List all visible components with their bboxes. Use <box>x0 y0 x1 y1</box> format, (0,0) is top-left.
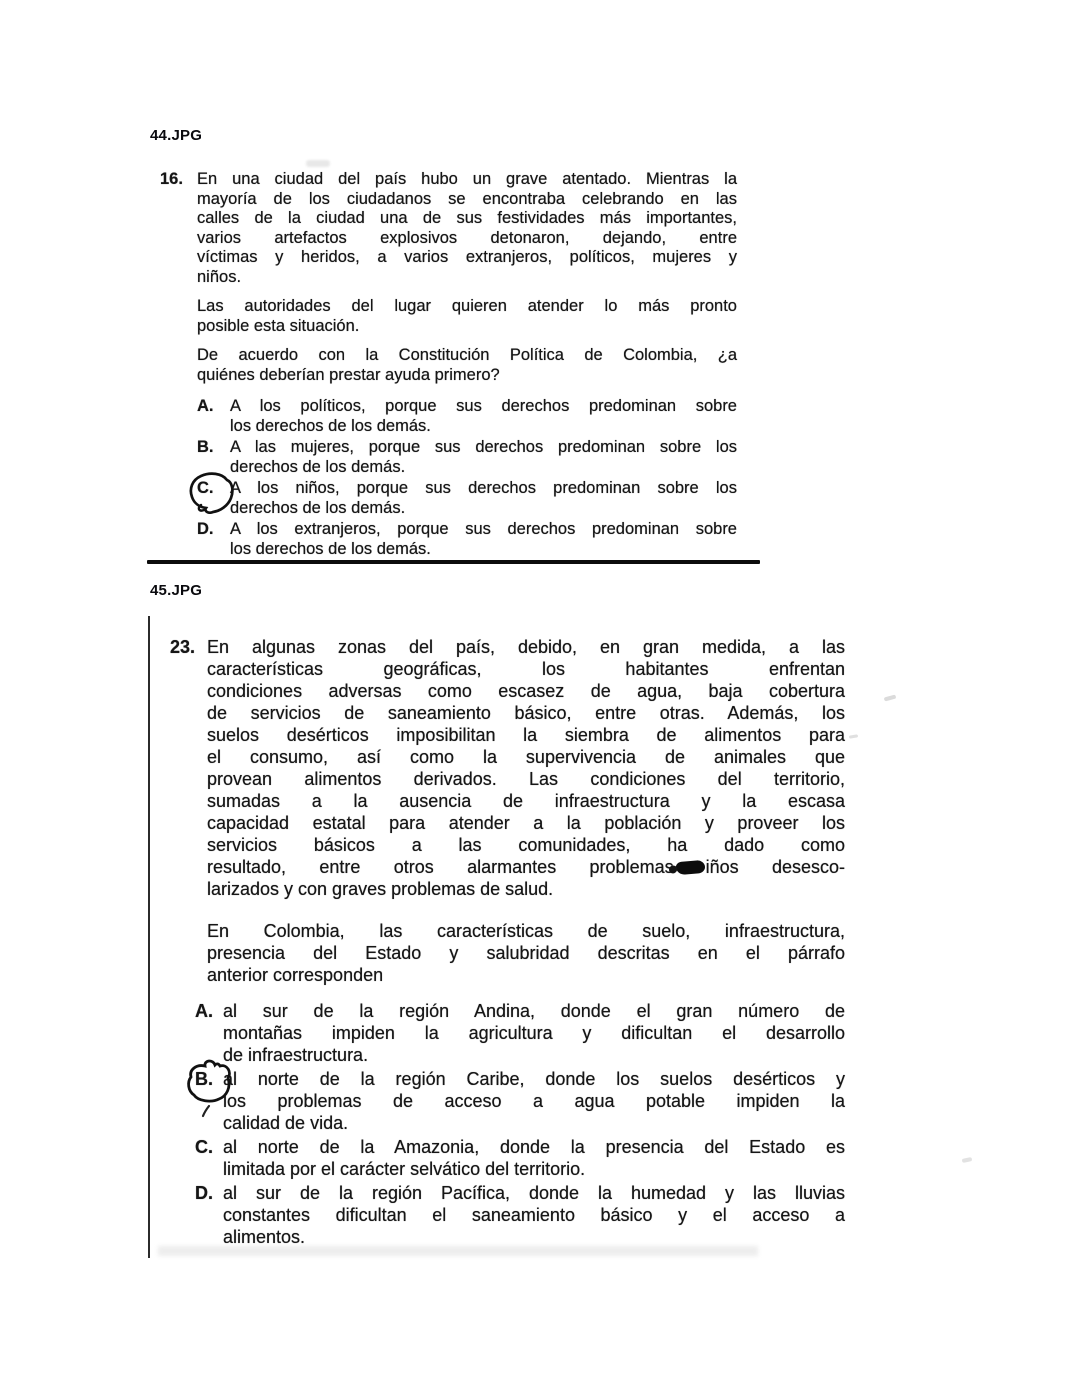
option-row-c: C. A los niños, porque sus derechos pred… <box>197 479 737 518</box>
question-23-body: En algunas zonas del país, debido, en gr… <box>207 636 848 1250</box>
text-line: los problemas de acceso a agua potable i… <box>223 1090 845 1112</box>
option-letter-b: B. <box>195 1068 223 1134</box>
question-16-row: 16. En una ciudad del país hubo un grave… <box>147 170 760 561</box>
text-line: suelos desérticos imposibilitan la siemb… <box>207 724 845 746</box>
text-line: posible esta situación. <box>197 317 737 337</box>
text-line: el consumo, así como la supervivencia de… <box>207 746 845 768</box>
option-letter-c-text: C. <box>197 479 214 497</box>
text-line: los derechos de los demás. <box>230 540 737 560</box>
text-line: características geográficas, los habitan… <box>207 658 845 680</box>
option-text-c: al norte de la Amazonia, donde la presen… <box>223 1136 845 1180</box>
option-text-c: A los niños, porque sus derechos predomi… <box>230 479 737 518</box>
scan-artifact <box>306 160 330 167</box>
text-line: sumadas a la ausencia de infraestructura… <box>207 790 845 812</box>
option-row-b: B. al norte de la región Caribe, donde l… <box>195 1068 845 1134</box>
option-text-d: A los extranjeros, porque sus derechos p… <box>230 520 737 559</box>
text-line: niños. <box>197 268 737 288</box>
text-line: capacidad estatal para atender a la pobl… <box>207 812 845 834</box>
text-line: resultado, entre otros alarmantes proble… <box>207 856 845 878</box>
option-text-b: al norte de la región Caribe, donde los … <box>223 1068 845 1134</box>
text-line: De acuerdo con la Constitución Política … <box>197 346 737 366</box>
scan-artifact <box>962 1157 973 1163</box>
question-23-row: 23. En algunas zonas del país, debido, e… <box>150 636 848 1250</box>
text-line: A los extranjeros, porque sus derechos p… <box>230 520 737 540</box>
text-line: En algunas zonas del país, debido, en gr… <box>207 636 845 658</box>
option-text-d: al sur de la región Pacífica, donde la h… <box>223 1182 845 1248</box>
text-line: larizados y con graves problemas de salu… <box>207 878 845 900</box>
option-row-d: D. A los extranjeros, porque sus derecho… <box>197 520 737 559</box>
text-line: calidad de vida. <box>223 1112 845 1134</box>
text-line: A las mujeres, porque sus derechos predo… <box>230 438 737 458</box>
scan-artifact <box>849 734 858 739</box>
question-16-paragraph-3: De acuerdo con la Constitución Política … <box>197 346 737 385</box>
text-line: de servicios de saneamiento básico, entr… <box>207 702 845 724</box>
text-line: víctimas y heridos, a varios extranjeros… <box>197 248 737 268</box>
option-row-d: D. al sur de la región Pacífica, donde l… <box>195 1182 845 1248</box>
text-line: al sur de la región Andina, donde el gra… <box>223 1000 845 1022</box>
scanned-question-23: 23. En algunas zonas del país, debido, e… <box>148 616 848 1258</box>
text-line: montañas impiden la agricultura y dificu… <box>223 1022 845 1044</box>
text-line: derechos de los demás. <box>230 458 737 478</box>
scan-artifact <box>884 695 897 702</box>
option-letter-c: C. <box>197 479 230 518</box>
question-23-paragraph-2: En Colombia, las características de suel… <box>207 920 845 986</box>
text-line: limitada por el carácter selvático del t… <box>223 1158 845 1180</box>
text-line: al sur de la región Pacífica, donde la h… <box>223 1182 845 1204</box>
question-16-paragraph-2: Las autoridades del lugar quieren atende… <box>197 297 737 336</box>
option-row-a: A. A los políticos, porque sus derechos … <box>197 397 737 436</box>
text-line: condiciones adversas como escasez de agu… <box>207 680 845 702</box>
text-line: mayoría de los ciudadanos se encontraba … <box>197 190 737 210</box>
text-line: derechos de los demás. <box>230 499 737 519</box>
text-line: constantes dificultan el saneamiento bás… <box>223 1204 845 1226</box>
option-letter-a: A. <box>195 1000 223 1066</box>
option-text-a: al sur de la región Andina, donde el gra… <box>223 1000 845 1066</box>
text-line: al norte de la región Caribe, donde los … <box>223 1068 845 1090</box>
text-line: Las autoridades del lugar quieren atende… <box>197 297 737 317</box>
text-line: anterior corresponden <box>207 964 845 986</box>
text-line: provean alimentos derivados. Las condici… <box>207 768 845 790</box>
question-16-number: 16. <box>147 170 197 561</box>
scanned-question-16: 16. En una ciudad del país hubo un grave… <box>147 170 760 561</box>
question-16-body: En una ciudad del país hubo un grave ate… <box>197 170 760 561</box>
option-letter-b-text: B. <box>195 1069 213 1089</box>
text-line: calles de la ciudad una de sus festivida… <box>197 209 737 229</box>
option-row-c: C. al norte de la Amazonia, donde la pre… <box>195 1136 845 1180</box>
ink-blot-mark <box>675 860 705 875</box>
text-line: presencia del Estado y salubridad descri… <box>207 942 845 964</box>
text-line: alimentos. <box>223 1226 845 1248</box>
text-line: al norte de la Amazonia, donde la presen… <box>223 1136 845 1158</box>
option-row-a: A. al sur de la región Andina, donde el … <box>195 1000 845 1066</box>
text-line: En Colombia, las características de suel… <box>207 920 845 942</box>
text-line: varios artefactos explosivos detonaron, … <box>197 229 737 249</box>
option-text-a: A los políticos, porque sus derechos pre… <box>230 397 737 436</box>
option-letter-a: A. <box>197 397 230 436</box>
text-line: los derechos de los demás. <box>230 417 737 437</box>
option-letter-b: B. <box>197 438 230 477</box>
option-letter-d: D. <box>197 520 230 559</box>
text-line: A los políticos, porque sus derechos pre… <box>230 397 737 417</box>
question-23-paragraph-1: En algunas zonas del país, debido, en gr… <box>207 636 845 900</box>
document-page: 44.JPG 16. En una ciudad del país hubo u… <box>0 0 1080 1397</box>
file-label-45jpg: 45.JPG <box>150 582 202 599</box>
text-line: servicios básicos a las comunidades, ha … <box>207 834 845 856</box>
option-letter-c: C. <box>195 1136 223 1180</box>
pen-comma-mark <box>201 1104 211 1118</box>
option-letter-d: D. <box>195 1182 223 1248</box>
text-line: quiénes deberían prestar ayuda primero? <box>197 366 737 386</box>
scan-divider-line <box>147 560 760 564</box>
option-row-b: B. A las mujeres, porque sus derechos pr… <box>197 438 737 477</box>
file-label-44jpg: 44.JPG <box>150 127 202 144</box>
text-line: de infraestructura. <box>223 1044 845 1066</box>
text-line: A los niños, porque sus derechos predomi… <box>230 479 737 499</box>
option-text-b: A las mujeres, porque sus derechos predo… <box>230 438 737 477</box>
text-line: En una ciudad del país hubo un grave ate… <box>197 170 737 190</box>
question-16-paragraph-1: En una ciudad del país hubo un grave ate… <box>197 170 737 287</box>
